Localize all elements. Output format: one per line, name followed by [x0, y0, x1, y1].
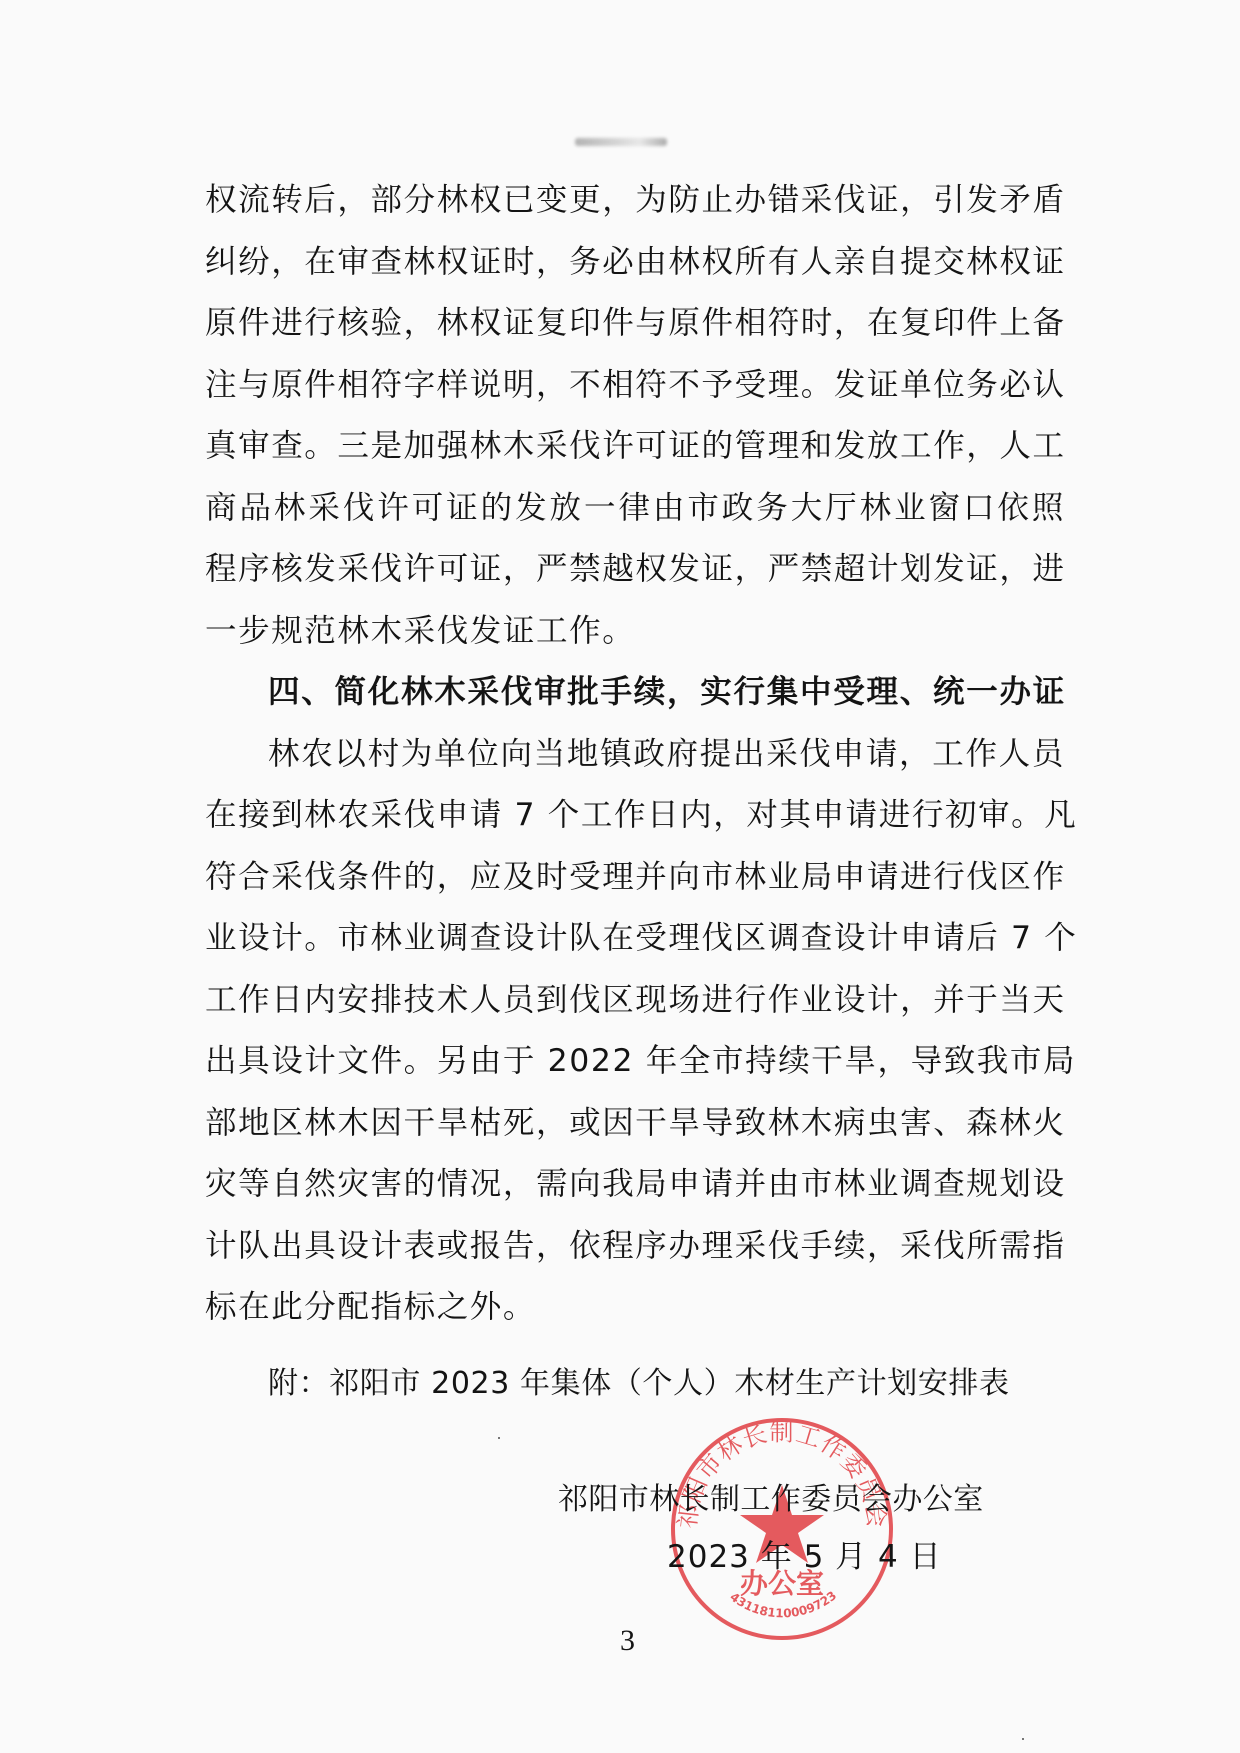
body-line: 部地区林木因干旱枯死，或因干旱导致林木病虫害、森林火 — [205, 1103, 1065, 1143]
body-line: 权流转后，部分林权已变更，为防止办错采伐证，引发矛盾 — [205, 180, 1065, 220]
body-line: 灾等自然灾害的情况，需向我局申请并由市林业调查规划设 — [205, 1164, 1065, 1204]
body-line: 在接到林农采伐申请 7 个工作日内，对其申请进行初审。凡 — [205, 795, 1065, 835]
official-seal: 祁阳市林长制工作委员会 办公室 43118110009723 — [668, 1415, 896, 1643]
body-line: 一步规范林木采伐发证工作。 — [205, 611, 1065, 651]
issue-date: 2023 年 5 月 4 日 — [667, 1537, 942, 1577]
body-line: 林农以村为单位向当地镇政府提出采伐申请，工作人员 — [268, 734, 1065, 774]
body-line: 工作日内安排技术人员到伐区现场进行作业设计，并于当天 — [205, 980, 1065, 1020]
section-heading: 四、简化林木采伐审批手续，实行集中受理、统一办证 — [268, 672, 1065, 712]
scan-speck — [1022, 1738, 1024, 1740]
issuer-signature: 祁阳市林长制工作委员会办公室 — [558, 1480, 984, 1520]
scan-artifact — [575, 138, 667, 146]
body-line: 商品林采伐许可证的发放一律由市政务大厅林业窗口依照 — [205, 488, 1065, 528]
body-line: 符合采伐条件的，应及时受理并向市林业局申请进行伐区作 — [205, 857, 1065, 897]
body-line: 程序核发采伐许可证，严禁越权发证，严禁超计划发证，进 — [205, 549, 1065, 589]
page-number: 3 — [620, 1621, 635, 1661]
body-line: 注与原件相符字样说明，不相符不予受理。发证单位务必认 — [205, 365, 1065, 405]
body-line: 标在此分配指标之外。 — [205, 1287, 1065, 1327]
body-line: 计队出具设计表或报告，依程序办理采伐手续，采伐所需指 — [205, 1226, 1065, 1266]
body-line: 真审查。三是加强林木采伐许可证的管理和发放工作，人工 — [205, 426, 1065, 466]
body-line: 原件进行核验，林权证复印件与原件相符时，在复印件上备 — [205, 303, 1065, 343]
body-line: 出具设计文件。另由于 2022 年全市持续干旱，导致我市局 — [205, 1041, 1065, 1081]
attachment-note: 附：祁阳市 2023 年集体（个人）木材生产计划安排表 — [268, 1364, 1010, 1404]
body-line: 纠纷，在审查林权证时，务必由林权所有人亲自提交林权证 — [205, 242, 1065, 282]
body-line: 业设计。市林业调查设计队在受理伐区调查设计申请后 7 个 — [205, 918, 1065, 958]
seal-icon: 祁阳市林长制工作委员会 办公室 43118110009723 — [668, 1415, 896, 1643]
scan-speck — [498, 1437, 500, 1439]
document-page: 权流转后，部分林权已变更，为防止办错采伐证，引发矛盾 纠纷，在审查林权证时，务必… — [0, 0, 1240, 1753]
